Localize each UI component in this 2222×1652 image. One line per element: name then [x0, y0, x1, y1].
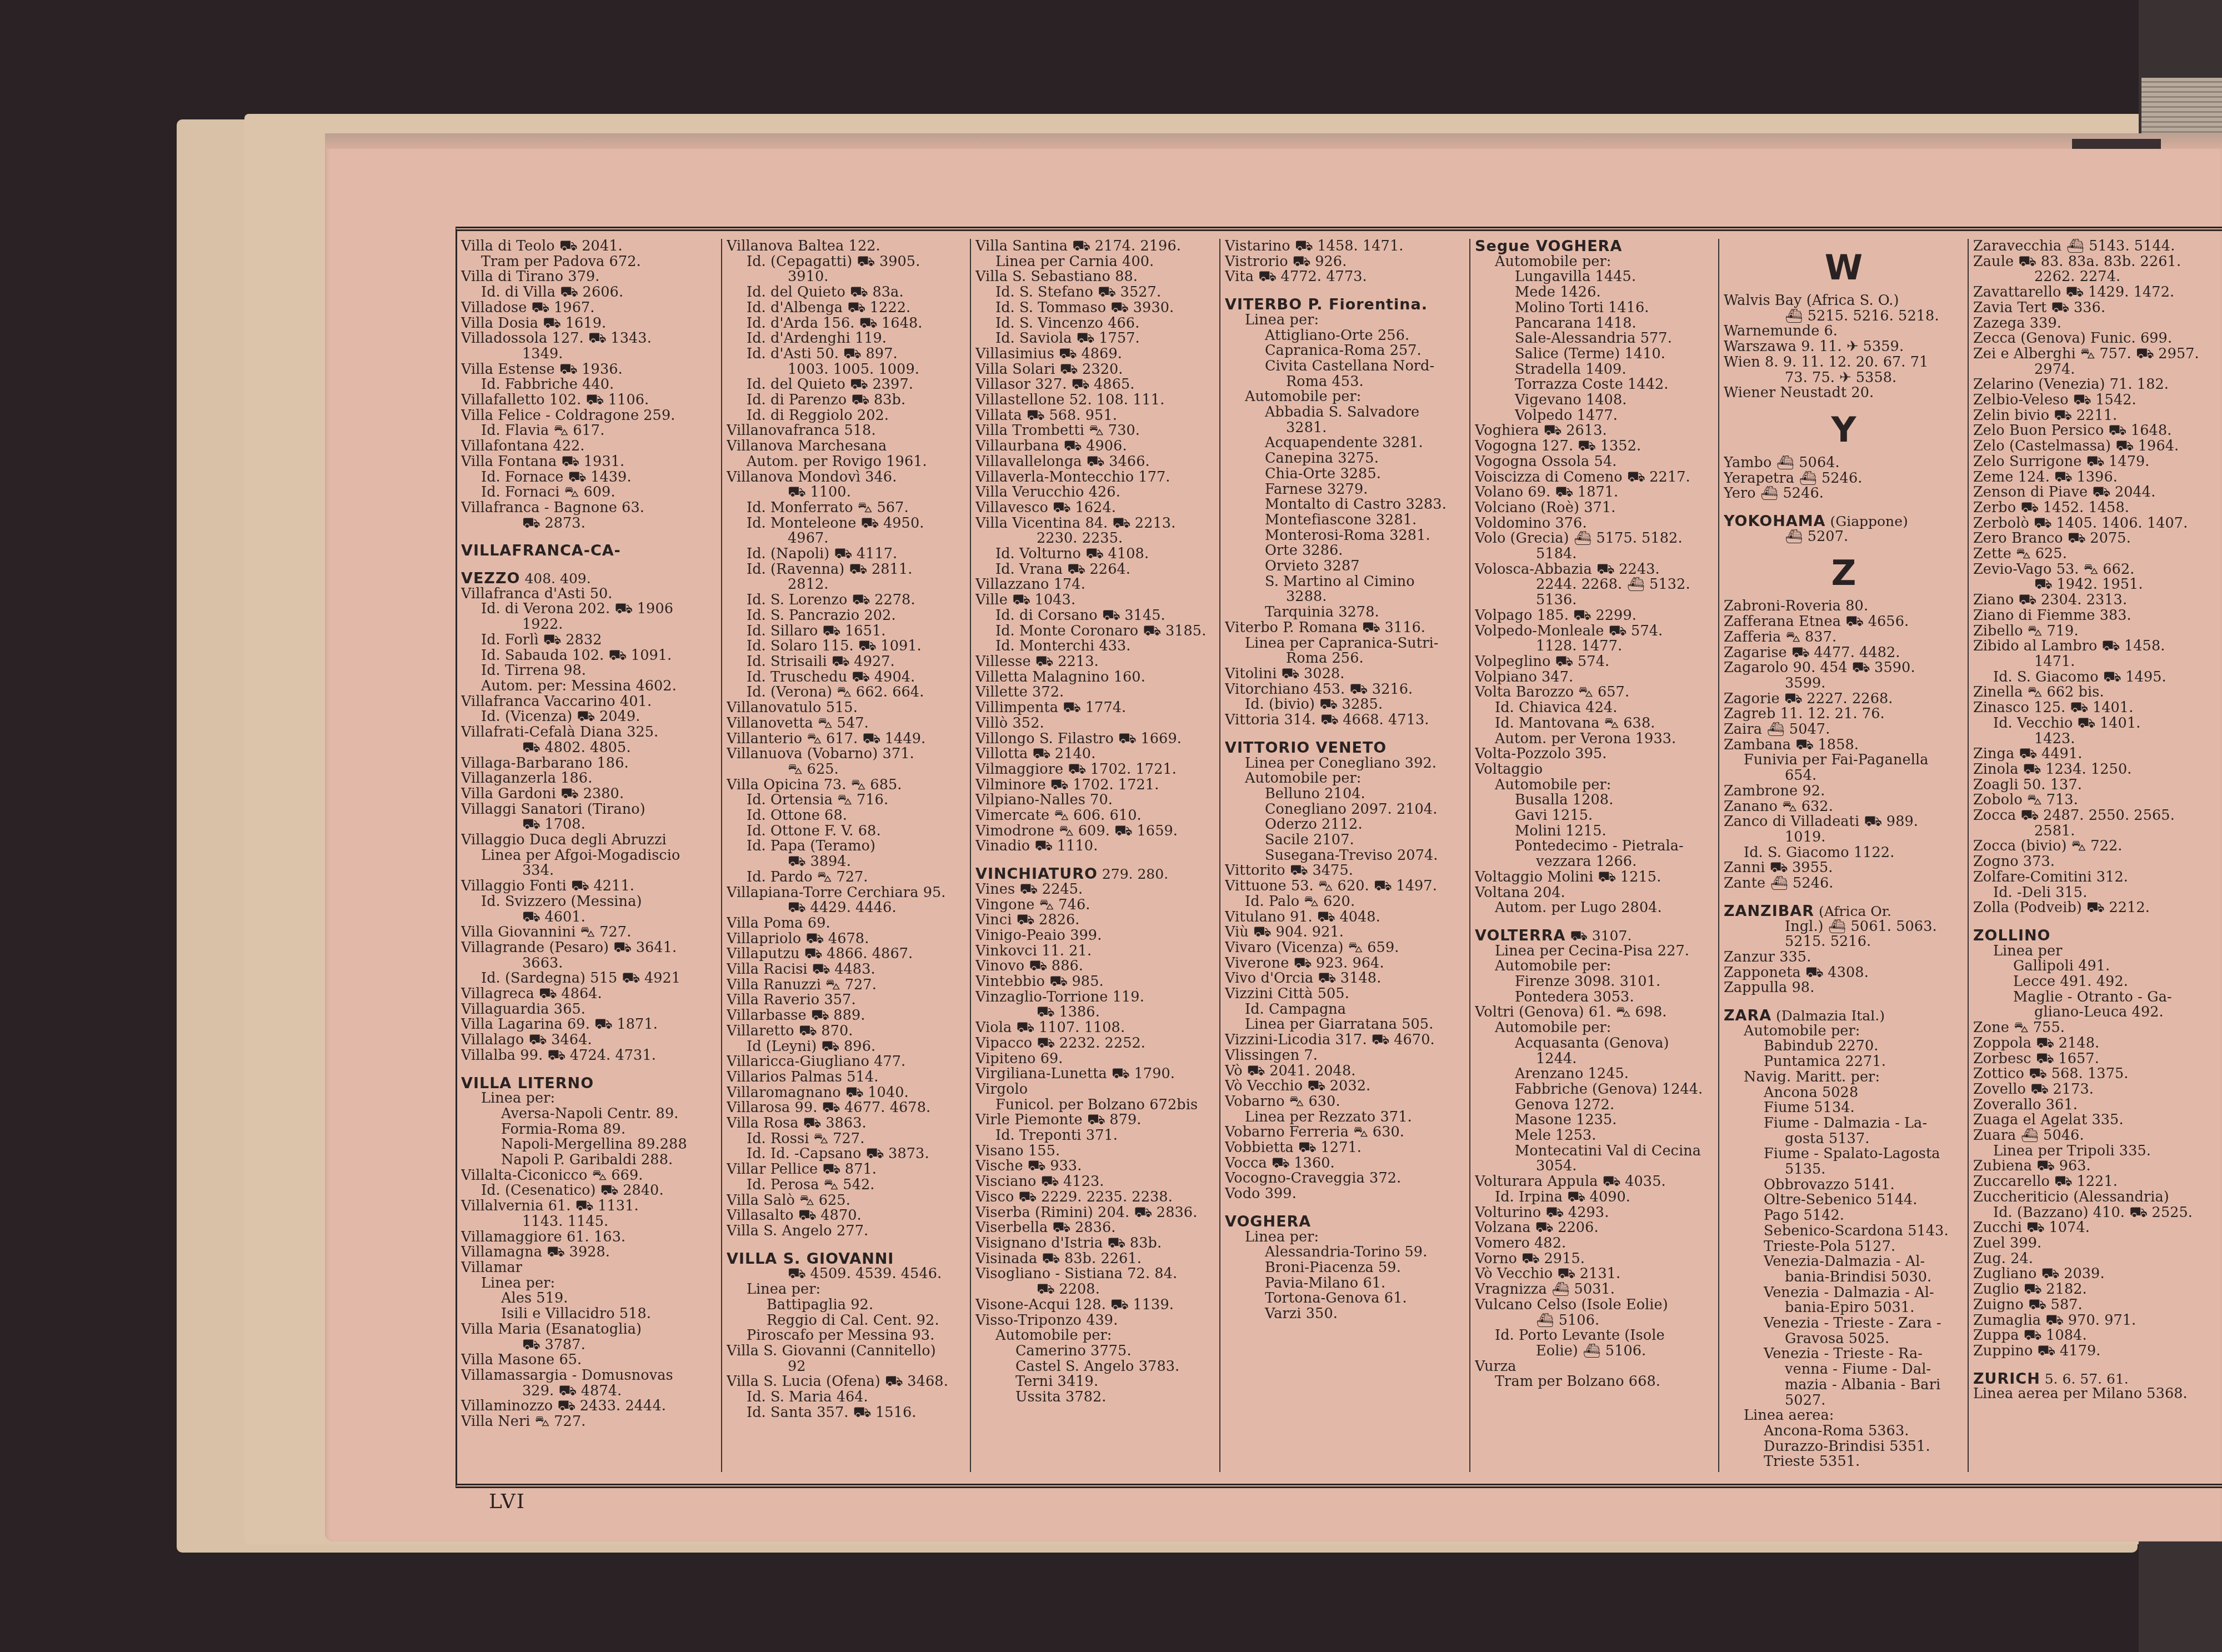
- index-entry: Zevio-Vago 53. ⛍ 662.: [1973, 562, 2218, 578]
- index-subentry: Id. Solaro 115. ⛟ 1091.: [727, 639, 967, 654]
- index-subentry: Maglie - Otranto - Ga-: [1973, 990, 2218, 1005]
- index-subentry: Tram per Bolzano 668.: [1475, 1374, 1715, 1390]
- index-subentry: Id. d'Asti 50. ⛟ 897.: [727, 347, 967, 362]
- index-subentry: Id. Ottone 68.: [727, 808, 967, 824]
- index-subentry: Arenzano 1245.: [1475, 1067, 1715, 1082]
- index-subentry: Obbrovazzo 5141.: [1724, 1178, 1964, 1193]
- station-heading: VILLA S. GIOVANNI: [727, 1251, 967, 1267]
- index-subentry: Montefiascone 3281.: [1225, 513, 1465, 528]
- continued-heading: Segue VOGHERA: [1475, 239, 1715, 254]
- index-entry: Vinci ⛟ 2826.: [975, 913, 1215, 928]
- index-entry: Villata ⛟ 568. 951.: [975, 408, 1215, 424]
- index-entry: Villafranca - Bagnone 63.: [461, 500, 718, 516]
- index-entry: Zafferia ⛍ 837.: [1724, 630, 1964, 645]
- index-subentry: ⛟ 4802. 4805.: [461, 740, 718, 756]
- index-subentry: Linea per Afgoi-Mogadiscio: [461, 848, 718, 864]
- index-entry: Villa Santina ⛟ 2174. 2196.: [975, 239, 1215, 254]
- index-subentry: 334.: [461, 863, 718, 879]
- index-subentry: Attigliano-Orte 256.: [1225, 328, 1465, 344]
- index-entry: Viù ⛟ 904. 921.: [1225, 925, 1465, 940]
- index-subentry: Id. di Parenzo ⛟ 83b.: [727, 393, 967, 408]
- index-entry: Villaganzerla 186.: [461, 771, 718, 787]
- index-entry: Villasimius ⛟ 4869.: [975, 347, 1215, 362]
- index-subentry: Isili e Villacidro 518.: [461, 1306, 718, 1322]
- index-entry: Villa Rosa ⛟ 3863.: [727, 1116, 967, 1132]
- index-entry: Vocogno-Craveggia 372.: [1225, 1171, 1465, 1187]
- index-entry: Villa Ranuzzi ⛍ 727.: [727, 978, 967, 993]
- index-entry: Vulcano Celso (Isole Eolie): [1475, 1298, 1715, 1313]
- index-subentry: Id. Vecchio ⛟ 1401.: [1973, 716, 2218, 732]
- index-entry: Zei e Alberghi ⛍ 757. ⛟ 2957.: [1973, 347, 2218, 362]
- index-entry: Zugliano ⛟ 2039.: [1973, 1266, 2218, 1282]
- index-subentry: Molini 1215.: [1475, 824, 1715, 839]
- index-entry: Voltaggio: [1475, 762, 1715, 778]
- index-subentry: Linea per:: [461, 1091, 718, 1107]
- index-subentry: Id. (Bazzano) 410. ⛟ 2525.: [1973, 1205, 2218, 1221]
- index-subentry: Id. Flavia ⛍ 617.: [461, 423, 718, 439]
- index-entry: Vragnizza ⛴ 5031.: [1475, 1282, 1715, 1298]
- index-entry: Villaurbana ⛟ 4906.: [975, 439, 1215, 454]
- index-entry: Yambo ⛴ 5064.: [1724, 455, 1964, 471]
- index-subentry: Id. S. Giacomo 1122.: [1724, 845, 1964, 861]
- index-entry: Villa Felice - Coldragone 259.: [461, 408, 718, 424]
- index-subentry: ⛟ 3787.: [461, 1338, 718, 1353]
- index-entry: Viola ⛟ 1107. 1108.: [975, 1020, 1215, 1036]
- index-subentry: Susegana-Treviso 2074.: [1225, 848, 1465, 864]
- index-entry: Zolla (Podveib) ⛟ 2212.: [1973, 900, 2218, 916]
- index-entry: Zucchi ⛟ 1074.: [1973, 1220, 2218, 1236]
- index-entry: Villafontana 422.: [461, 439, 718, 454]
- index-subentry: 1244.: [1475, 1052, 1715, 1067]
- index-entry: Villa Poma 69.: [727, 916, 967, 932]
- station-heading: VILLA LITERNO: [461, 1076, 718, 1092]
- index-subentry: Roma 453.: [1225, 374, 1465, 390]
- index-subentry: Id. Truschedu ⛟ 4904.: [727, 670, 967, 685]
- index-subentry: 5136.: [1475, 593, 1715, 608]
- index-entry: Zelo Surrigone ⛟ 1479.: [1973, 454, 2218, 470]
- index-subentry: ⛟ 1100.: [727, 485, 967, 500]
- index-entry: Warszawa 9. 11. ✈ 5359.: [1724, 339, 1964, 355]
- index-subentry: Torrazza Coste 1442.: [1475, 377, 1715, 393]
- index-subentry: Linea per Giarratana 505.: [1225, 1017, 1465, 1033]
- index-entry: Zambana ⛟ 1858.: [1724, 738, 1964, 753]
- index-entry: Villa Trombetti ⛍ 730.: [975, 423, 1215, 439]
- index-entry: Villanovafranca 518.: [727, 423, 967, 439]
- index-entry: Volta Barozzo ⛍ 657.: [1475, 685, 1715, 700]
- index-entry: Walvis Bay (Africa S. O.): [1724, 293, 1964, 309]
- index-entry: Villa Masone 65.: [461, 1353, 718, 1368]
- index-subentry: Autom. per: Messina 4602.: [461, 679, 718, 694]
- index-subentry: Id. Vrana ⛟ 2264.: [975, 562, 1215, 578]
- index-subentry: Puntamica 2271.: [1724, 1054, 1964, 1070]
- index-subentry: Automobile per:: [975, 1328, 1215, 1344]
- index-entry: Vorno ⛟ 2915.: [1475, 1251, 1715, 1267]
- index-entry: Zecca (Genova) Funic. 699.: [1973, 331, 2218, 347]
- index-entry: Zavia Tert ⛟ 336.: [1973, 301, 2218, 316]
- index-entry: Vilpiano-Nalles 70.: [975, 793, 1215, 808]
- index-entry: Vittuone 53. ⛍ 620. ⛟ 1497.: [1225, 879, 1465, 894]
- index-subentry: Linea per Rezzato 371.: [1225, 1110, 1465, 1125]
- index-column-6: WWalvis Bay (Africa S. O.)⛴ 5215. 5216. …: [1718, 239, 1968, 1472]
- index-subentry: Abbadia S. Salvadore: [1225, 405, 1465, 420]
- index-subentry: gliano-Leuca 492.: [1973, 1005, 2218, 1020]
- index-subentry: Sale-Alessandria 577.: [1475, 331, 1715, 347]
- alphabet-letter-heading: Y: [1724, 408, 1964, 452]
- index-entry: Zinga ⛟ 4491.: [1973, 747, 2218, 762]
- index-entry: Zottico ⛟ 568. 1375.: [1973, 1067, 2218, 1082]
- index-subentry: Oderzo 2112.: [1225, 817, 1465, 833]
- index-subentry: 1143. 1145.: [461, 1214, 718, 1230]
- index-entry: Vinigo-Peaio 399.: [975, 928, 1215, 944]
- index-entry: Vintebbio ⛟ 985.: [975, 974, 1215, 990]
- index-entry: Zorbesc ⛟ 1657.: [1973, 1052, 2218, 1067]
- index-entry: Villongo S. Filastro ⛟ 1669.: [975, 732, 1215, 747]
- index-entry: Villetta Malagnino 160.: [975, 670, 1215, 685]
- index-subentry: Linea per Conegliano 392.: [1225, 756, 1465, 772]
- index-entry: Zocca ⛟ 2487. 2550. 2565.: [1973, 808, 2218, 824]
- index-entry: Zinola ⛟ 1234. 1250.: [1973, 762, 2218, 778]
- index-subentry: Ales 519.: [461, 1291, 718, 1306]
- index-entry: Visco ⛟ 2229. 2235. 2238.: [975, 1190, 1215, 1205]
- index-subentry: Id. Campagna: [1225, 1002, 1465, 1018]
- index-entry: Villanova Mondovì 346.: [727, 470, 967, 485]
- index-subentry: Id. (Cesenatico) ⛟ 2840.: [461, 1183, 718, 1199]
- index-entry: Zanco di Villadeati ⛟ 989.: [1724, 814, 1964, 830]
- index-entry: Warnemunde 6.: [1724, 324, 1964, 339]
- index-entry: Zuccheriticio (Alessandria): [1973, 1190, 2218, 1205]
- index-subentry: Napoli-Mergellina 89.288: [461, 1137, 718, 1153]
- index-entry: Villa Solari ⛟ 2320.: [975, 362, 1215, 378]
- index-subentry: Id. Ortensia ⛍ 716.: [727, 793, 967, 808]
- index-entry: Vines ⛟ 2245.: [975, 882, 1215, 898]
- index-entry: Villalta-Ciconicco ⛍ 669.: [461, 1168, 718, 1184]
- index-column-2: Villanova Baltea 122.Id. (Cepagatti) ⛟ 3…: [721, 239, 971, 1472]
- index-entry: Yero ⛴ 5246.: [1724, 486, 1964, 502]
- index-subentry: ⛟ 1386.: [975, 1005, 1215, 1020]
- index-subentry: Linea per:: [1225, 1230, 1465, 1245]
- index-entry: Vinovo ⛟ 886.: [975, 959, 1215, 974]
- index-entry: Zaule ⛟ 83. 83a. 83b. 2261.: [1973, 254, 2218, 270]
- index-entry: Villaggio Fonti ⛟ 4211.: [461, 879, 718, 894]
- index-subentry: Id. Strisaili ⛟ 4927.: [727, 654, 967, 670]
- index-subentry: Lungavilla 1445.: [1475, 269, 1715, 285]
- station-heading: YOKOHAMA (Giappone): [1724, 514, 1964, 529]
- index-entry: Zelo Buon Persico ⛟ 1648.: [1973, 423, 2218, 439]
- index-entry: Villaggi Sanatori (Tirano): [461, 802, 718, 818]
- index-entry: Zelin bivio ⛟ 2211.: [1973, 408, 2218, 424]
- station-heading: VOLTERRA ⛟ 3107.: [1475, 928, 1715, 944]
- index-subentry: Pancarana 1418.: [1475, 316, 1715, 332]
- index-entry: Villaputzu ⛟ 4866. 4867.: [727, 947, 967, 962]
- index-subentry: Chia-Orte 3285.: [1225, 467, 1465, 482]
- index-entry: Villaricca-Giugliano 477.: [727, 1054, 967, 1070]
- index-entry: Vilmaggiore ⛟ 1702. 1721.: [975, 762, 1215, 778]
- index-subentry: Farnese 3279.: [1225, 482, 1465, 498]
- index-subentry: Id. Monte Coronaro ⛟ 3185.: [975, 624, 1215, 639]
- index-entry: Zibido al Lambro ⛟ 1458.: [1973, 639, 2218, 654]
- index-subentry: Id. Saviola ⛟ 1757.: [975, 331, 1215, 347]
- index-entry: Yerapetra ⛴ 5246.: [1724, 471, 1964, 487]
- index-subentry: Genova 1272.: [1475, 1098, 1715, 1113]
- index-entry: Linea aerea per Milano 5368.: [1973, 1386, 2218, 1402]
- index-entry: Vinadio ⛟ 1110.: [975, 839, 1215, 854]
- index-subentry: Id. S. Stefano ⛟ 3527.: [975, 285, 1215, 301]
- index-entry: Villaminozzo ⛟ 2433. 2444.: [461, 1399, 718, 1414]
- index-entry: Vitorchiano 453. ⛟ 3216.: [1225, 682, 1465, 698]
- index-entry: Villagreca ⛟ 4864.: [461, 987, 718, 1002]
- index-subentry: Trieste-Pola 5127.: [1724, 1239, 1964, 1255]
- station-heading: VOGHERA: [1225, 1214, 1465, 1230]
- index-subentry: ⛟ 3894.: [727, 854, 967, 870]
- index-subentry: Id. S. Lorenzo ⛟ 2278.: [727, 593, 967, 608]
- index-entry: Villafrati-Cefalà Diana 325.: [461, 725, 718, 740]
- index-subentry: Id. del Quieto ⛟ 83a.: [727, 285, 967, 301]
- index-subentry: 1003. 1005. 1009.: [727, 362, 967, 378]
- index-subentry: ⛟ 1942. 1951.: [1973, 577, 2218, 593]
- index-entry: Vizzini-Licodia 317. ⛟ 4670.: [1225, 1033, 1465, 1048]
- index-entry: Villanovetta ⛍ 547.: [727, 716, 967, 732]
- index-entry: Zeme 124. ⛟ 1396.: [1973, 470, 2218, 485]
- index-subentry: Id. d'Arda 156. ⛟ 1648.: [727, 316, 967, 332]
- index-entry: Voltana 204.: [1475, 885, 1715, 901]
- index-entry: Villafranca d'Asti 50.: [461, 587, 718, 602]
- index-entry: Villasalto ⛟ 4870.: [727, 1208, 967, 1224]
- index-subentry: Salice (Terme) 1410.: [1475, 347, 1715, 362]
- index-subentry: 2262. 2274.: [1973, 269, 2218, 285]
- index-subentry: Id. Monteleone ⛟ 4950.: [727, 516, 967, 532]
- index-entry: Zabroni-Roveria 80.: [1724, 599, 1964, 614]
- index-entry: Volosca-Abbazia ⛟ 2243.: [1475, 562, 1715, 578]
- index-entry: Zagorie ⛟ 2227. 2268.: [1724, 692, 1964, 707]
- index-subentry: 1922.: [461, 617, 718, 633]
- index-subentry: Automobile per:: [1475, 959, 1715, 974]
- index-entry: Voghiera ⛟ 2613.: [1475, 423, 1715, 439]
- index-subentry: Tram per Padova 672.: [461, 254, 718, 270]
- index-subentry: Civita Castellana Nord-: [1225, 359, 1465, 374]
- index-subentry: Id. S. Pancrazio 202.: [727, 608, 967, 624]
- index-subentry: Ancona-Roma 5363.: [1724, 1424, 1964, 1439]
- index-entry: Zuccarello ⛟ 1221.: [1973, 1174, 2218, 1190]
- index-entry: Vogogna 127. ⛟ 1352.: [1475, 439, 1715, 454]
- index-entry: Vinkovci 11. 21.: [975, 944, 1215, 959]
- index-subentry: Automobile per:: [1475, 1020, 1715, 1036]
- index-column-7: Zaravecchia ⛴ 5143. 5144.Zaule ⛟ 83. 83a…: [1968, 239, 2222, 1472]
- index-entry: Volta-Pozzolo 395.: [1475, 747, 1715, 762]
- index-entry: Volturara Appula ⛟ 4035.: [1475, 1174, 1715, 1190]
- index-entry: Zafferana Etnea ⛟ 4656.: [1724, 614, 1964, 630]
- index-subentry: Navig. Maritt. per:: [1724, 1070, 1964, 1085]
- index-subentry: ⛴ 5215. 5216. 5218.: [1724, 309, 1964, 324]
- index-subentry: 2230. 2235.: [975, 531, 1215, 547]
- index-subentry: S. Martino al Cimino: [1225, 574, 1465, 590]
- index-entry: Vogogna Ossola 54.: [1475, 454, 1715, 470]
- index-entry: Visogliano - Sistiana 72. 84.: [975, 1266, 1215, 1282]
- index-subentry: Orvieto 3287: [1225, 559, 1465, 574]
- index-entry: Zelbio-Veleso ⛟ 1542.: [1973, 393, 2218, 408]
- index-subentry: Gallipoli 491.: [1973, 959, 2218, 974]
- index-entry: Villarbasse ⛟ 889.: [727, 1008, 967, 1024]
- index-subentry: Id. Forlì ⛟ 2832: [461, 633, 718, 648]
- index-subentry: Id. Papa (Teramo): [727, 839, 967, 854]
- index-subentry: Venezia - Dalmazia - Al-: [1724, 1285, 1964, 1301]
- station-heading: ZARA (Dalmazia Ital.): [1724, 1008, 1964, 1024]
- index-subentry: Sacile 2107.: [1225, 833, 1465, 848]
- index-subentry: Id. Chiavica 424.: [1475, 700, 1715, 716]
- index-entry: Villanova Marchesana: [727, 439, 967, 454]
- index-entry: Vipiteno 69.: [975, 1052, 1215, 1067]
- index-entry: Vobarno Ferreria ⛍ 630.: [1225, 1125, 1465, 1140]
- index-subentry: Automobile per:: [1475, 254, 1715, 270]
- index-subentry: Sebenico-Scardona 5143.: [1724, 1224, 1964, 1239]
- index-entry: Vilminore ⛟ 1702. 1721.: [975, 778, 1215, 793]
- index-subentry: Funicol. per Bolzano 672bis: [975, 1098, 1215, 1113]
- index-subentry: Varzi 350.: [1225, 1306, 1465, 1322]
- index-subentry: Linea aerea:: [1724, 1408, 1964, 1424]
- index-entry: Villa Gardoni ⛟ 2380.: [461, 787, 718, 802]
- index-entry: Vittoria 314. ⛟ 4668. 4713.: [1225, 713, 1465, 728]
- index-subentry: Id. S. Tommaso ⛟ 3930.: [975, 301, 1215, 316]
- index-entry: Visso-Triponzo 439.: [975, 1313, 1215, 1329]
- index-subentry: Pago 5142.: [1724, 1208, 1964, 1224]
- index-entry: Zovello ⛟ 2173.: [1973, 1082, 2218, 1098]
- index-entry: Voldomino 376.: [1475, 516, 1715, 532]
- index-entry: Villaverla-Montecchio 177.: [975, 470, 1215, 485]
- index-entry: Vodo 399.: [1225, 1187, 1465, 1202]
- index-subentry: 3281.: [1225, 420, 1465, 436]
- index-subentry: Fiume - Spalato-Lagosta: [1724, 1147, 1964, 1162]
- index-subentry: bania-Brindisi 5030.: [1724, 1270, 1964, 1285]
- page-number: LVI: [489, 1490, 526, 1513]
- index-subentry: Battipaglia 92.: [727, 1298, 967, 1313]
- index-entry: Villa di Teolo ⛟ 2041.: [461, 239, 718, 254]
- index-subentry: Capranica-Roma 257.: [1225, 343, 1465, 359]
- index-subentry: Id. (Cepagatti) ⛟ 3905.: [727, 254, 967, 270]
- index-entry: Virle Piemonte ⛟ 879.: [975, 1113, 1215, 1128]
- index-entry: Villarios Palmas 514.: [727, 1070, 967, 1085]
- index-entry: Volciano (Roè) 371.: [1475, 500, 1715, 516]
- index-subentry: 3910.: [727, 269, 967, 285]
- index-entry: Villadose ⛟ 1967.: [461, 301, 718, 316]
- index-entry: Voltri (Genova) 61. ⛍ 698.: [1475, 1005, 1715, 1020]
- index-entry: Virgolo: [975, 1082, 1215, 1098]
- station-heading: VEZZO 408. 409.: [461, 571, 718, 587]
- index-subentry: 3288.: [1225, 589, 1465, 605]
- index-entry: Zinasco 125. ⛟ 1401.: [1973, 700, 2218, 716]
- index-subentry: Pavia-Milano 61.: [1225, 1276, 1465, 1291]
- index-subentry: Id. Sillaro ⛟ 1651.: [727, 624, 967, 639]
- index-entry: Vitulano 91. ⛟ 4048.: [1225, 910, 1465, 925]
- index-subentry: ⛟ 4509. 4539. 4546.: [727, 1266, 967, 1282]
- index-entry: Villa Racisi ⛟ 4483.: [727, 962, 967, 978]
- index-entry: Villavallelonga ⛟ 3466.: [975, 454, 1215, 470]
- index-entry: Villa Giovannini ⛍ 727.: [461, 925, 718, 940]
- index-subentry: Id. Fornaci ⛍ 609.: [461, 485, 718, 500]
- index-entry: Volano 69. ⛟ 1871.: [1475, 485, 1715, 500]
- index-entry: Zappulla 98.: [1724, 980, 1964, 996]
- index-entry: Villavesco ⛟ 1624.: [975, 500, 1215, 516]
- index-subentry: Id. Sabauda 102. ⛟ 1091.: [461, 648, 718, 664]
- index-subentry: Id. Tirrena 98.: [461, 663, 718, 679]
- index-subentry: Id. Rossi ⛍ 727.: [727, 1132, 967, 1147]
- index-entry: Vittorito ⛟ 3475.: [1225, 863, 1465, 879]
- index-subentry: Masone 1235.: [1475, 1113, 1715, 1128]
- index-entry: Vita ⛟ 4772. 4773.: [1225, 269, 1465, 285]
- index-subentry: Castel S. Angelo 3783.: [975, 1359, 1215, 1375]
- index-subentry: Linea per:: [1225, 313, 1465, 328]
- index-subentry: ⛟ 4429. 4446.: [727, 900, 967, 916]
- index-subentry: Napoli P. Garibaldi 288.: [461, 1153, 718, 1168]
- index-entry: Villa Maria (Esanatoglia): [461, 1322, 718, 1338]
- index-entry: Villar Pellice ⛟ 871.: [727, 1162, 967, 1178]
- index-entry: Voiscizza di Comeno ⛟ 2217.: [1475, 470, 1715, 485]
- index-column-1: Villa di Teolo ⛟ 2041.Tram per Padova 67…: [457, 239, 722, 1472]
- index-entry: Volpedo-Monleale ⛟ 574.: [1475, 624, 1715, 639]
- index-subentry: Canepina 3275.: [1225, 451, 1465, 467]
- index-entry: Zanano ⛍ 632.: [1724, 799, 1964, 815]
- index-entry: Zobolo ⛍ 713.: [1973, 793, 2218, 808]
- index-entry: Zinella ⛍ 662 bis.: [1973, 685, 2218, 700]
- index-entry: Zaravecchia ⛴ 5143. 5144.: [1973, 239, 2218, 254]
- index-entry: Volpeglino ⛟ 574.: [1475, 654, 1715, 670]
- index-subentry: 654.: [1724, 768, 1964, 784]
- index-entry: Villa Raverio 357.: [727, 993, 967, 1008]
- index-subentry: 5215. 5216.: [1724, 934, 1964, 950]
- index-subentry: 3599.: [1724, 676, 1964, 692]
- index-entry: Zug. 24.: [1973, 1251, 2218, 1267]
- index-subentry: 5027.: [1724, 1393, 1964, 1409]
- index-entry: Villa Vicentina 84. ⛟ 2213.: [975, 516, 1215, 532]
- index-entry: Volpiano 347.: [1475, 670, 1715, 685]
- index-entry: Vlissingen 7.: [1225, 1048, 1465, 1064]
- index-entry: Villa S. Sebastiano 88.: [975, 269, 1215, 285]
- index-entry: Visciano ⛟ 4123.: [975, 1174, 1215, 1190]
- index-subentry: Id. Palo ⛍ 620.: [1225, 894, 1465, 910]
- index-entry: Ziano ⛟ 2304. 2313.: [1973, 593, 2218, 608]
- index-entry: Villanova Baltea 122.: [727, 239, 967, 254]
- station-heading: VILLAFRANCA-CA-: [461, 543, 718, 559]
- index-subentry: Busalla 1208.: [1475, 793, 1715, 808]
- index-entry: Vivo d'Orcia ⛟ 3148.: [1225, 971, 1465, 987]
- index-subentry: Eolie) ⛴ 5106.: [1475, 1344, 1715, 1359]
- index-entry: Villapriolo ⛟ 4678.: [727, 932, 967, 947]
- index-subentry: Formia-Roma 89.: [461, 1122, 718, 1138]
- index-entry: Wien 8. 9. 11. 12. 20. 67. 71: [1724, 355, 1964, 371]
- index-subentry: Linea per:: [727, 1282, 967, 1298]
- index-entry: Zuel 399.: [1973, 1236, 2218, 1251]
- index-subentry: Gavi 1215.: [1475, 808, 1715, 824]
- index-entry: Zante ⛴ 5246.: [1724, 876, 1964, 892]
- index-subentry: Linea per Tripoli 335.: [1973, 1144, 2218, 1159]
- index-entry: Villò 352.: [975, 716, 1215, 732]
- index-entry: Vò Vecchio ⛟ 2032.: [1225, 1079, 1465, 1094]
- index-subentry: 1349.: [461, 347, 718, 362]
- index-entry: Vizzini Città 505.: [1225, 987, 1465, 1002]
- station-heading: ZÜRICH 5. 6. 57. 61.: [1973, 1371, 2218, 1387]
- index-subentry: Id. Fabbriche 440.: [461, 377, 718, 393]
- index-entry: Vobbietta ⛟ 1271.: [1225, 1140, 1465, 1156]
- index-entry: Zazega 339.: [1973, 316, 2218, 332]
- index-subentry: Id. di Reggiolo 202.: [727, 408, 967, 424]
- index-subentry: Babindub 2270.: [1724, 1039, 1964, 1054]
- index-entry: Villa S. Lucia (Ofena) ⛟ 3468.: [727, 1374, 967, 1390]
- index-entry: Zapponeta ⛟ 4308.: [1724, 965, 1964, 981]
- index-subentry: Roma 256.: [1225, 651, 1465, 667]
- station-heading: VITERBO P. Fiorentina.: [1225, 297, 1465, 313]
- index-entry: Villalba 99. ⛟ 4724. 4731.: [461, 1048, 718, 1064]
- index-entry: Zone ⛍ 755.: [1973, 1020, 2218, 1036]
- station-heading: VITTORIO VENETO: [1225, 740, 1465, 756]
- index-subentry: Id. S. Maria 464.: [727, 1390, 967, 1405]
